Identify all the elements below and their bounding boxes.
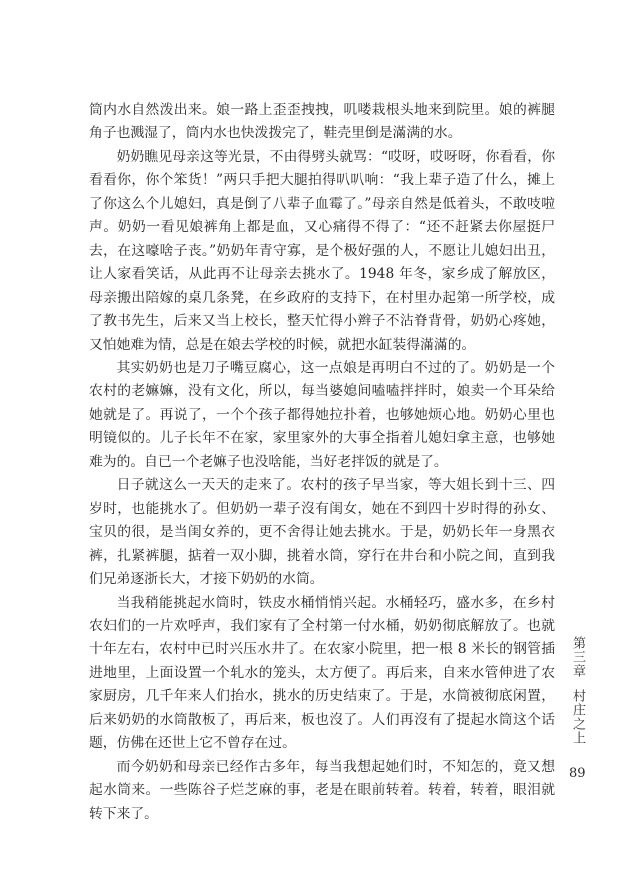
paragraph: 日子就这么一天天的走来了。农村的孩子早当家，等大姐长到十三、四岁时，也能挑水了。… xyxy=(89,474,555,591)
page-number: 89 xyxy=(569,766,586,781)
paragraph: 当我稍能挑起水筒时，铁皮水桶悄悄兴起。水桶轻巧，盛水多，在乡村农妇们的一片欢呼声… xyxy=(89,592,555,756)
page-text-block: 筒内水自然泼出来。娘一路上歪歪拽拽，叽喽栽根头地来到院里。娘的裤腿角子也溅湿了，… xyxy=(89,99,555,826)
paragraph: 奶奶瞧见母亲这等光景，不由得劈头就骂：“哎呀，哎呀呀，你看看，你看看你，你个笨货… xyxy=(89,146,555,357)
book-page: 筒内水自然泼出来。娘一路上歪歪拽拽，叽喽栽根头地来到院里。娘的裤腿角子也溅湿了，… xyxy=(0,0,634,891)
chapter-side-label: 第三章村庄之上 xyxy=(569,636,586,816)
paragraph: 而今奶奶和母亲已经作古多年，每当我想起她们时，不知怎的，竟又想起水筒来。一些陈谷… xyxy=(89,756,555,826)
chapter-number-label: 第三章 xyxy=(570,636,585,678)
paragraph: 其实奶奶也是刀子嘴豆腐心，这一点娘是再明白不过的了。奶奶是一个农村的老嫲嫲，没有… xyxy=(89,357,555,474)
chapter-title-label: 村庄之上 xyxy=(570,689,585,745)
paragraph: 筒内水自然泼出来。娘一路上歪歪拽拽，叽喽栽根头地来到院里。娘的裤腿角子也溅湿了，… xyxy=(89,99,555,146)
